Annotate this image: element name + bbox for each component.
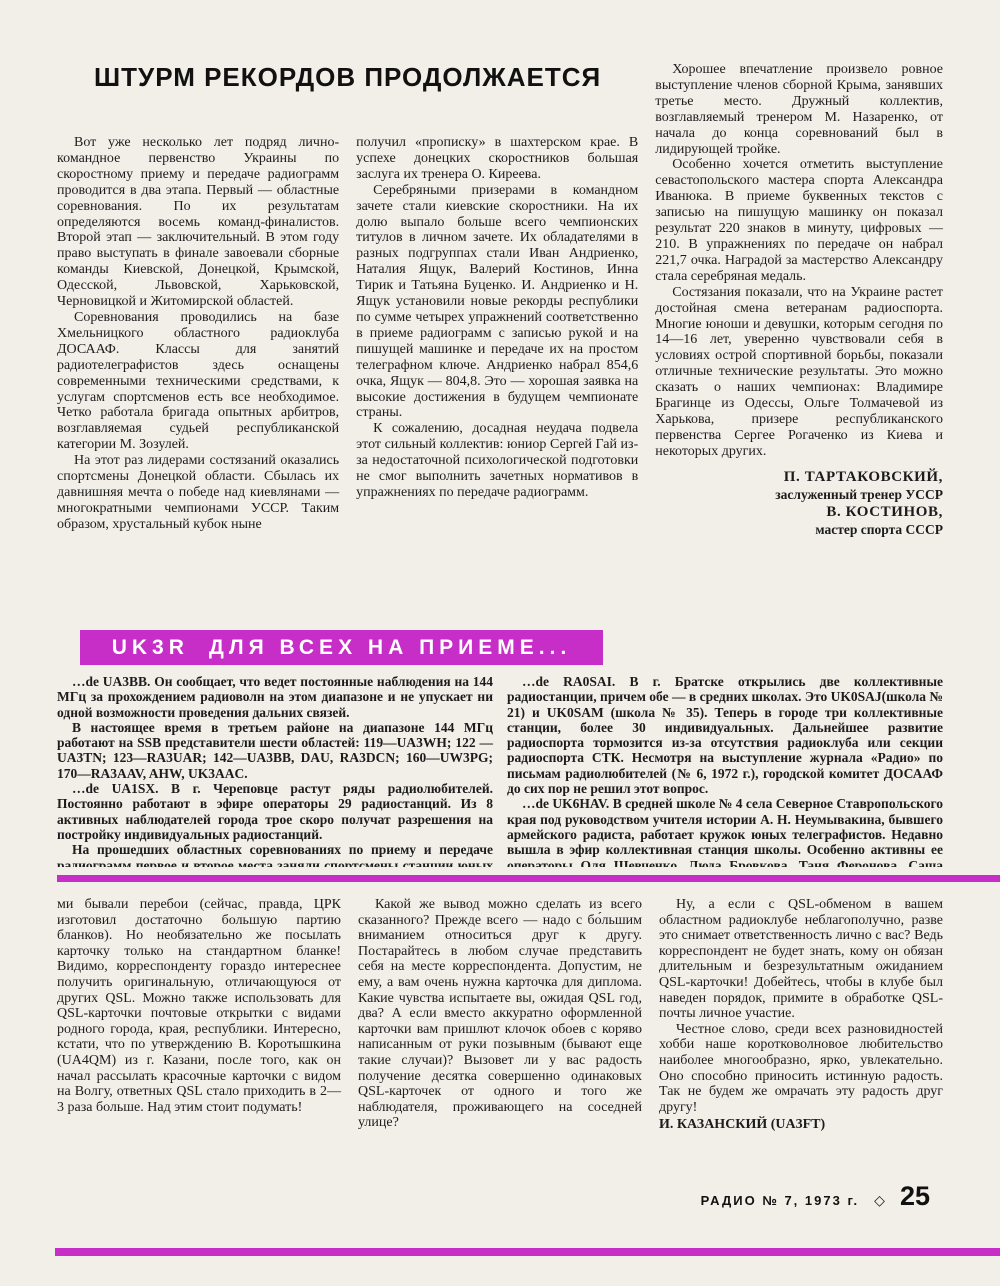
paragraph: Хорошее впечатление произвело ровное выс… [655, 62, 943, 157]
article-qsl: ми бывали перебои (сейчас, правда, ЦРК и… [57, 897, 943, 1133]
signature-line: П. ТАРТАКОВСКИЙ, [655, 469, 943, 487]
news-paragraph: …de UA3BB. Он сообщает, что ведет постоя… [57, 674, 493, 720]
paragraph-text: Состязания показали, что на Украине раст… [655, 285, 943, 459]
article-records-column-3-text: Хорошее впечатление произвело ровное выс… [655, 62, 943, 460]
paragraph: И. КАЗАНСКИЙ (UA3FT) [659, 1117, 943, 1133]
article-qsl-column-2: Какой же вывод можно сделать из всего ск… [358, 897, 642, 1133]
banner-text: ДЛЯ ВСЕХ НА ПРИЕМЕ... [209, 636, 571, 660]
article-records-two-columns: Вот уже несколько лет подряд лично-коман… [57, 135, 638, 533]
paragraph: Серебряными призерами в командном зачете… [356, 183, 638, 422]
article-qsl-column-1: ми бывали перебои (сейчас, правда, ЦРК и… [57, 897, 341, 1133]
news-paragraph: …de RA0SAI. В г. Братске открылись две к… [507, 674, 943, 796]
paragraph-text: На прошедших областных соревнованиях по … [57, 842, 493, 867]
paragraph-text: В г. Братске открылись две коллективные … [507, 674, 943, 796]
paragraph-text: Ну, а если с QSL-обменом в вашем областн… [659, 897, 943, 1021]
magenta-divider-rule [57, 875, 1000, 882]
signature-text: П. ТАРТАКОВСКИЙ, [784, 469, 943, 485]
paragraph-text: И. КАЗАНСКИЙ (UA3FT) [659, 1117, 825, 1132]
banner-callsign: UK3R [112, 636, 189, 660]
paragraph: Какой же вывод можно сделать из всего ск… [358, 897, 642, 1131]
article-records-left-block: ШТУРМ РЕКОРДОВ ПРОДОЛЖАЕТСЯ Вот уже неск… [57, 62, 638, 614]
news-paragraph: В настоящее время в третьем районе на ди… [57, 720, 493, 781]
paragraph: Состязания показали, что на Украине раст… [655, 285, 943, 460]
paragraph: На этот раз лидерами состязаний оказалис… [57, 453, 339, 533]
paragraph: получил «прописку» в шахтерском крае. В … [356, 135, 638, 183]
paragraph-text: Серебряными призерами в командном зачете… [356, 183, 638, 421]
paragraph-text: Вот уже несколько лет подряд лично-коман… [57, 135, 339, 309]
paragraph-text: В настоящее время в третьем районе на ди… [57, 720, 493, 781]
uk3r-column-right: …de RA0SAI. В г. Братске открылись две к… [507, 674, 943, 867]
article-records-column-1: Вот уже несколько лет подряд лично-коман… [57, 135, 339, 533]
paragraph-text: ми бывали перебои (сейчас, правда, ЦРК и… [57, 897, 341, 1115]
news-paragraph: …de UA1SX. В г. Череповце растут ряды ра… [57, 781, 493, 842]
paragraph: Особенно хочется отметить выступление се… [655, 157, 943, 284]
paragraph-text: Хорошее впечатление произвело ровное выс… [655, 62, 943, 157]
uk3r-banner: UK3R ДЛЯ ВСЕХ НА ПРИЕМЕ... [80, 630, 603, 665]
callsign-lead: …de UA3BB. [72, 674, 154, 689]
signature-line: мастер спорта СССР [655, 521, 943, 539]
article-qsl-column-3: Ну, а если с QSL-обменом в вашем областн… [659, 897, 943, 1133]
signature-text: В. КОСТИНОВ, [826, 504, 943, 520]
magazine-page: ШТУРМ РЕКОРДОВ ПРОДОЛЖАЕТСЯ Вот уже неск… [0, 0, 1000, 1286]
uk3r-column-left: …de UA3BB. Он сообщает, что ведет постоя… [57, 674, 493, 867]
article-records-column-3: Хорошее впечатление произвело ровное выс… [655, 62, 943, 614]
paragraph: К сожалению, досадная неудача подвела эт… [356, 421, 638, 501]
paragraph-text: Какой же вывод можно сделать из всего ск… [358, 897, 642, 1130]
callsign-lead: …de RA0SAI. [522, 674, 629, 689]
callsign-lead: …de UK6HAV. [522, 796, 613, 811]
uk3r-section: …de UA3BB. Он сообщает, что ведет постоя… [57, 674, 943, 867]
paragraph-text: Соревнования проводились на базе Хмельни… [57, 310, 339, 452]
paragraph-text: Честное слово, среди всех разновидностей… [659, 1022, 943, 1115]
article-records: ШТУРМ РЕКОРДОВ ПРОДОЛЖАЕТСЯ Вот уже неск… [57, 62, 943, 614]
paragraph: Вот уже несколько лет подряд лично-коман… [57, 135, 339, 310]
signature-line: заслуженный тренер УССР [655, 486, 943, 504]
page-number: 25 [900, 1181, 930, 1212]
paragraph: ми бывали перебои (сейчас, правда, ЦРК и… [57, 897, 341, 1115]
signature-text: мастер спорта СССР [815, 522, 943, 537]
paragraph-text: получил «прописку» в шахтерском крае. В … [356, 135, 638, 182]
bottom-magenta-rule [55, 1248, 1000, 1256]
callsign-lead: …de UA1SX. [72, 781, 171, 796]
paragraph-text: На этот раз лидерами состязаний оказалис… [57, 453, 339, 532]
article-records-column-2: получил «прописку» в шахтерском крае. В … [356, 135, 638, 533]
news-paragraph: …de UK6HAV. В средней школе № 4 села Сев… [507, 796, 943, 867]
signature-text: заслуженный тренер УССР [775, 487, 943, 502]
paragraph: Честное слово, среди всех разновидностей… [659, 1022, 943, 1116]
article-title: ШТУРМ РЕКОРДОВ ПРОДОЛЖАЕТСЯ [57, 62, 638, 93]
paragraph: Соревнования проводились на базе Хмельни… [57, 310, 339, 453]
page-footer: РАДИО № 7, 1973 г. ◇ 25 [701, 1181, 930, 1212]
magazine-issue-label: РАДИО № 7, 1973 г. [701, 1193, 860, 1208]
diamond-icon: ◇ [874, 1192, 885, 1209]
signature-line: В. КОСТИНОВ, [655, 504, 943, 522]
paragraph: Ну, а если с QSL-обменом в вашем областн… [659, 897, 943, 1022]
paragraph-text: Особенно хочется отметить выступление се… [655, 157, 943, 283]
paragraph-text: К сожалению, досадная неудача подвела эт… [356, 421, 638, 500]
news-paragraph: На прошедших областных соревнованиях по … [57, 842, 493, 867]
article-signatures: П. ТАРТАКОВСКИЙ,заслуженный тренер УССРВ… [655, 469, 943, 539]
